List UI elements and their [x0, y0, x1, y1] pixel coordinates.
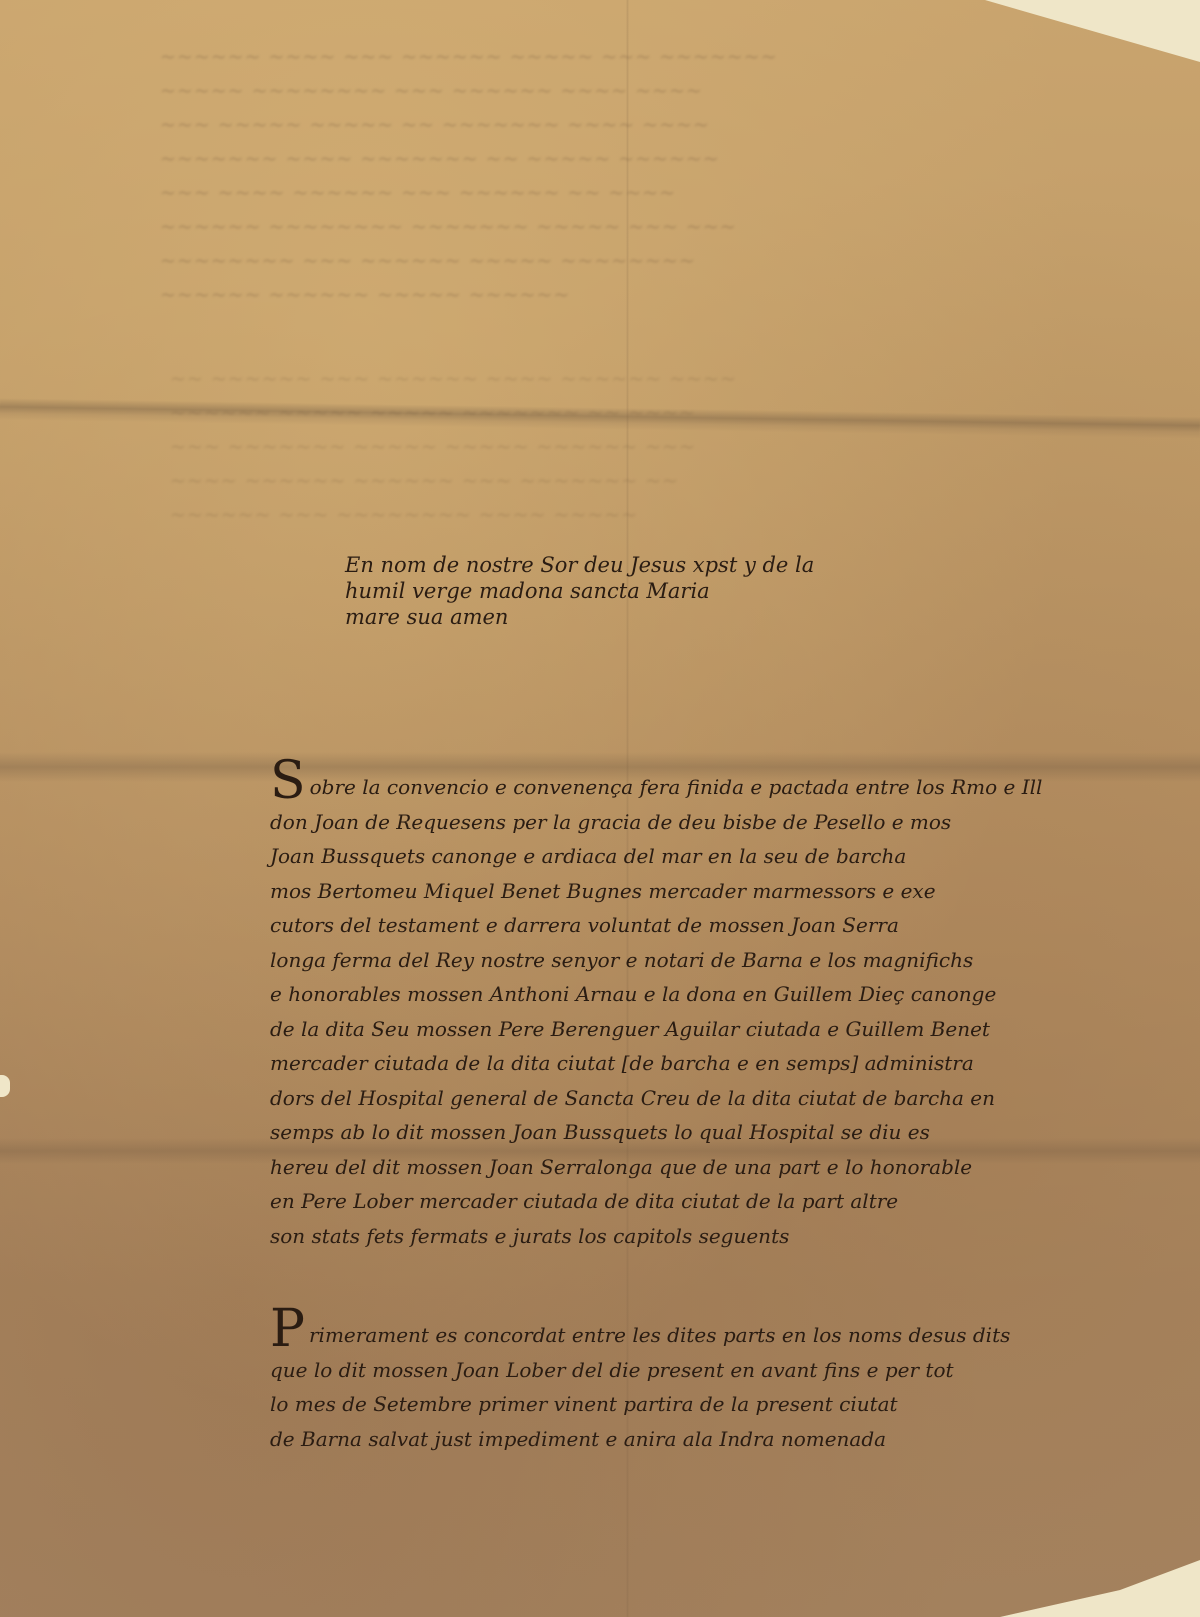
bleed-line: ~~~~~~ ~~~~ ~~~ ~~~~~~ ~~~~~ ~~~ ~~~~~~~: [160, 40, 920, 74]
drop-initial: P: [270, 1312, 305, 1346]
text-line: e honorables mossen Anthoni Arnau e la d…: [270, 977, 1042, 1012]
text-line: de Barna salvat just impediment e anira …: [270, 1422, 1010, 1457]
text-line: cutors del testament e darrera voluntat …: [270, 908, 1042, 943]
text-line: dors del Hospital general de Sancta Creu…: [270, 1081, 1042, 1116]
text-line: mercader ciutada de la dita ciutat [de b…: [270, 1046, 1042, 1081]
text-line: semps ab lo dit mossen Joan Bussquets lo…: [270, 1115, 1042, 1150]
text-line: longa ferma del Rey nostre senyor e nota…: [270, 943, 1042, 978]
bleed-line: ~~~~~~ ~~~ ~~~~~~~~ ~~~~ ~~~~~: [170, 496, 970, 530]
bleed-line: ~~~~ ~~~~~~ ~~~~~~ ~~~ ~~~~~~~ ~~: [170, 462, 970, 496]
text-line: Sobre la convencio e convenença fera fin…: [270, 770, 1042, 805]
line-text: obre la convencio e convenença fera fini…: [310, 775, 1043, 799]
invocation-line: mare sua amen: [345, 604, 814, 630]
text-line: que lo dit mossen Joan Lober del die pre…: [270, 1353, 1010, 1388]
bleed-through-middle: ~~ ~~~~~~ ~~~ ~~~~~~ ~~~~ ~~~~~~ ~~~~ ~~…: [170, 360, 970, 530]
line-text: rimerament es concordat entre les dites …: [309, 1323, 1010, 1347]
bleed-line: ~~ ~~~~~~ ~~~ ~~~~~~ ~~~~ ~~~~~~ ~~~~: [170, 360, 970, 394]
text-line: Primerament es concordat entre les dites…: [270, 1318, 1010, 1353]
manuscript-page: ~~~~~~ ~~~~ ~~~ ~~~~~~ ~~~~~ ~~~ ~~~~~~~…: [0, 0, 1200, 1617]
paragraph-first-chapter: Primerament es concordat entre les dites…: [270, 1318, 1010, 1456]
text-line: mos Bertomeu Miquel Benet Bugnes mercade…: [270, 874, 1042, 909]
drop-initial: S: [270, 764, 306, 798]
bleed-line: ~~~~~ ~~~~~~~~ ~~~ ~~~~~~ ~~~~ ~~~~: [160, 74, 920, 108]
invocation-heading: En nom de nostre Sor deu Jesus xpst y de…: [345, 552, 814, 630]
invocation-line: humil verge madona sancta Maria: [345, 578, 814, 604]
paragraph-preamble: Sobre la convencio e convenença fera fin…: [270, 770, 1042, 1253]
invocation-line: En nom de nostre Sor deu Jesus xpst y de…: [345, 552, 814, 578]
bleed-line: ~~~~~~ ~~~~~~ ~~~~~ ~~~~~~: [160, 278, 920, 312]
bleed-line: ~~~ ~~~~~ ~~~~~ ~~ ~~~~~~~ ~~~~ ~~~~: [160, 108, 920, 142]
bleed-through-top: ~~~~~~ ~~~~ ~~~ ~~~~~~ ~~~~~ ~~~ ~~~~~~~…: [160, 40, 920, 312]
text-line: son stats fets fermats e jurats los capi…: [270, 1219, 1042, 1254]
text-line: hereu del dit mossen Joan Serralonga que…: [270, 1150, 1042, 1185]
text-line: don Joan de Requesens per la gracia de d…: [270, 805, 1042, 840]
bleed-line: ~~~~~~~ ~~~~ ~~~~~~~ ~~ ~~~~~ ~~~~~~: [160, 142, 920, 176]
text-line: lo mes de Setembre primer vinent partira…: [270, 1387, 1010, 1422]
text-line: de la dita Seu mossen Pere Berenguer Agu…: [270, 1012, 1042, 1047]
bleed-line: ~~~~~~~~ ~~~ ~~~~~~ ~~~~~ ~~~~~~~~: [160, 244, 920, 278]
bleed-line: ~~~ ~~~~ ~~~~~~ ~~~ ~~~~~~ ~~ ~~~~: [160, 176, 920, 210]
text-line: Joan Bussquets canonge e ardiaca del mar…: [270, 839, 1042, 874]
bleed-line: ~~~~~~ ~~~~~~~~ ~~~~~~~ ~~~~~ ~~~ ~~~: [160, 210, 920, 244]
text-line: en Pere Lober mercader ciutada de dita c…: [270, 1184, 1042, 1219]
